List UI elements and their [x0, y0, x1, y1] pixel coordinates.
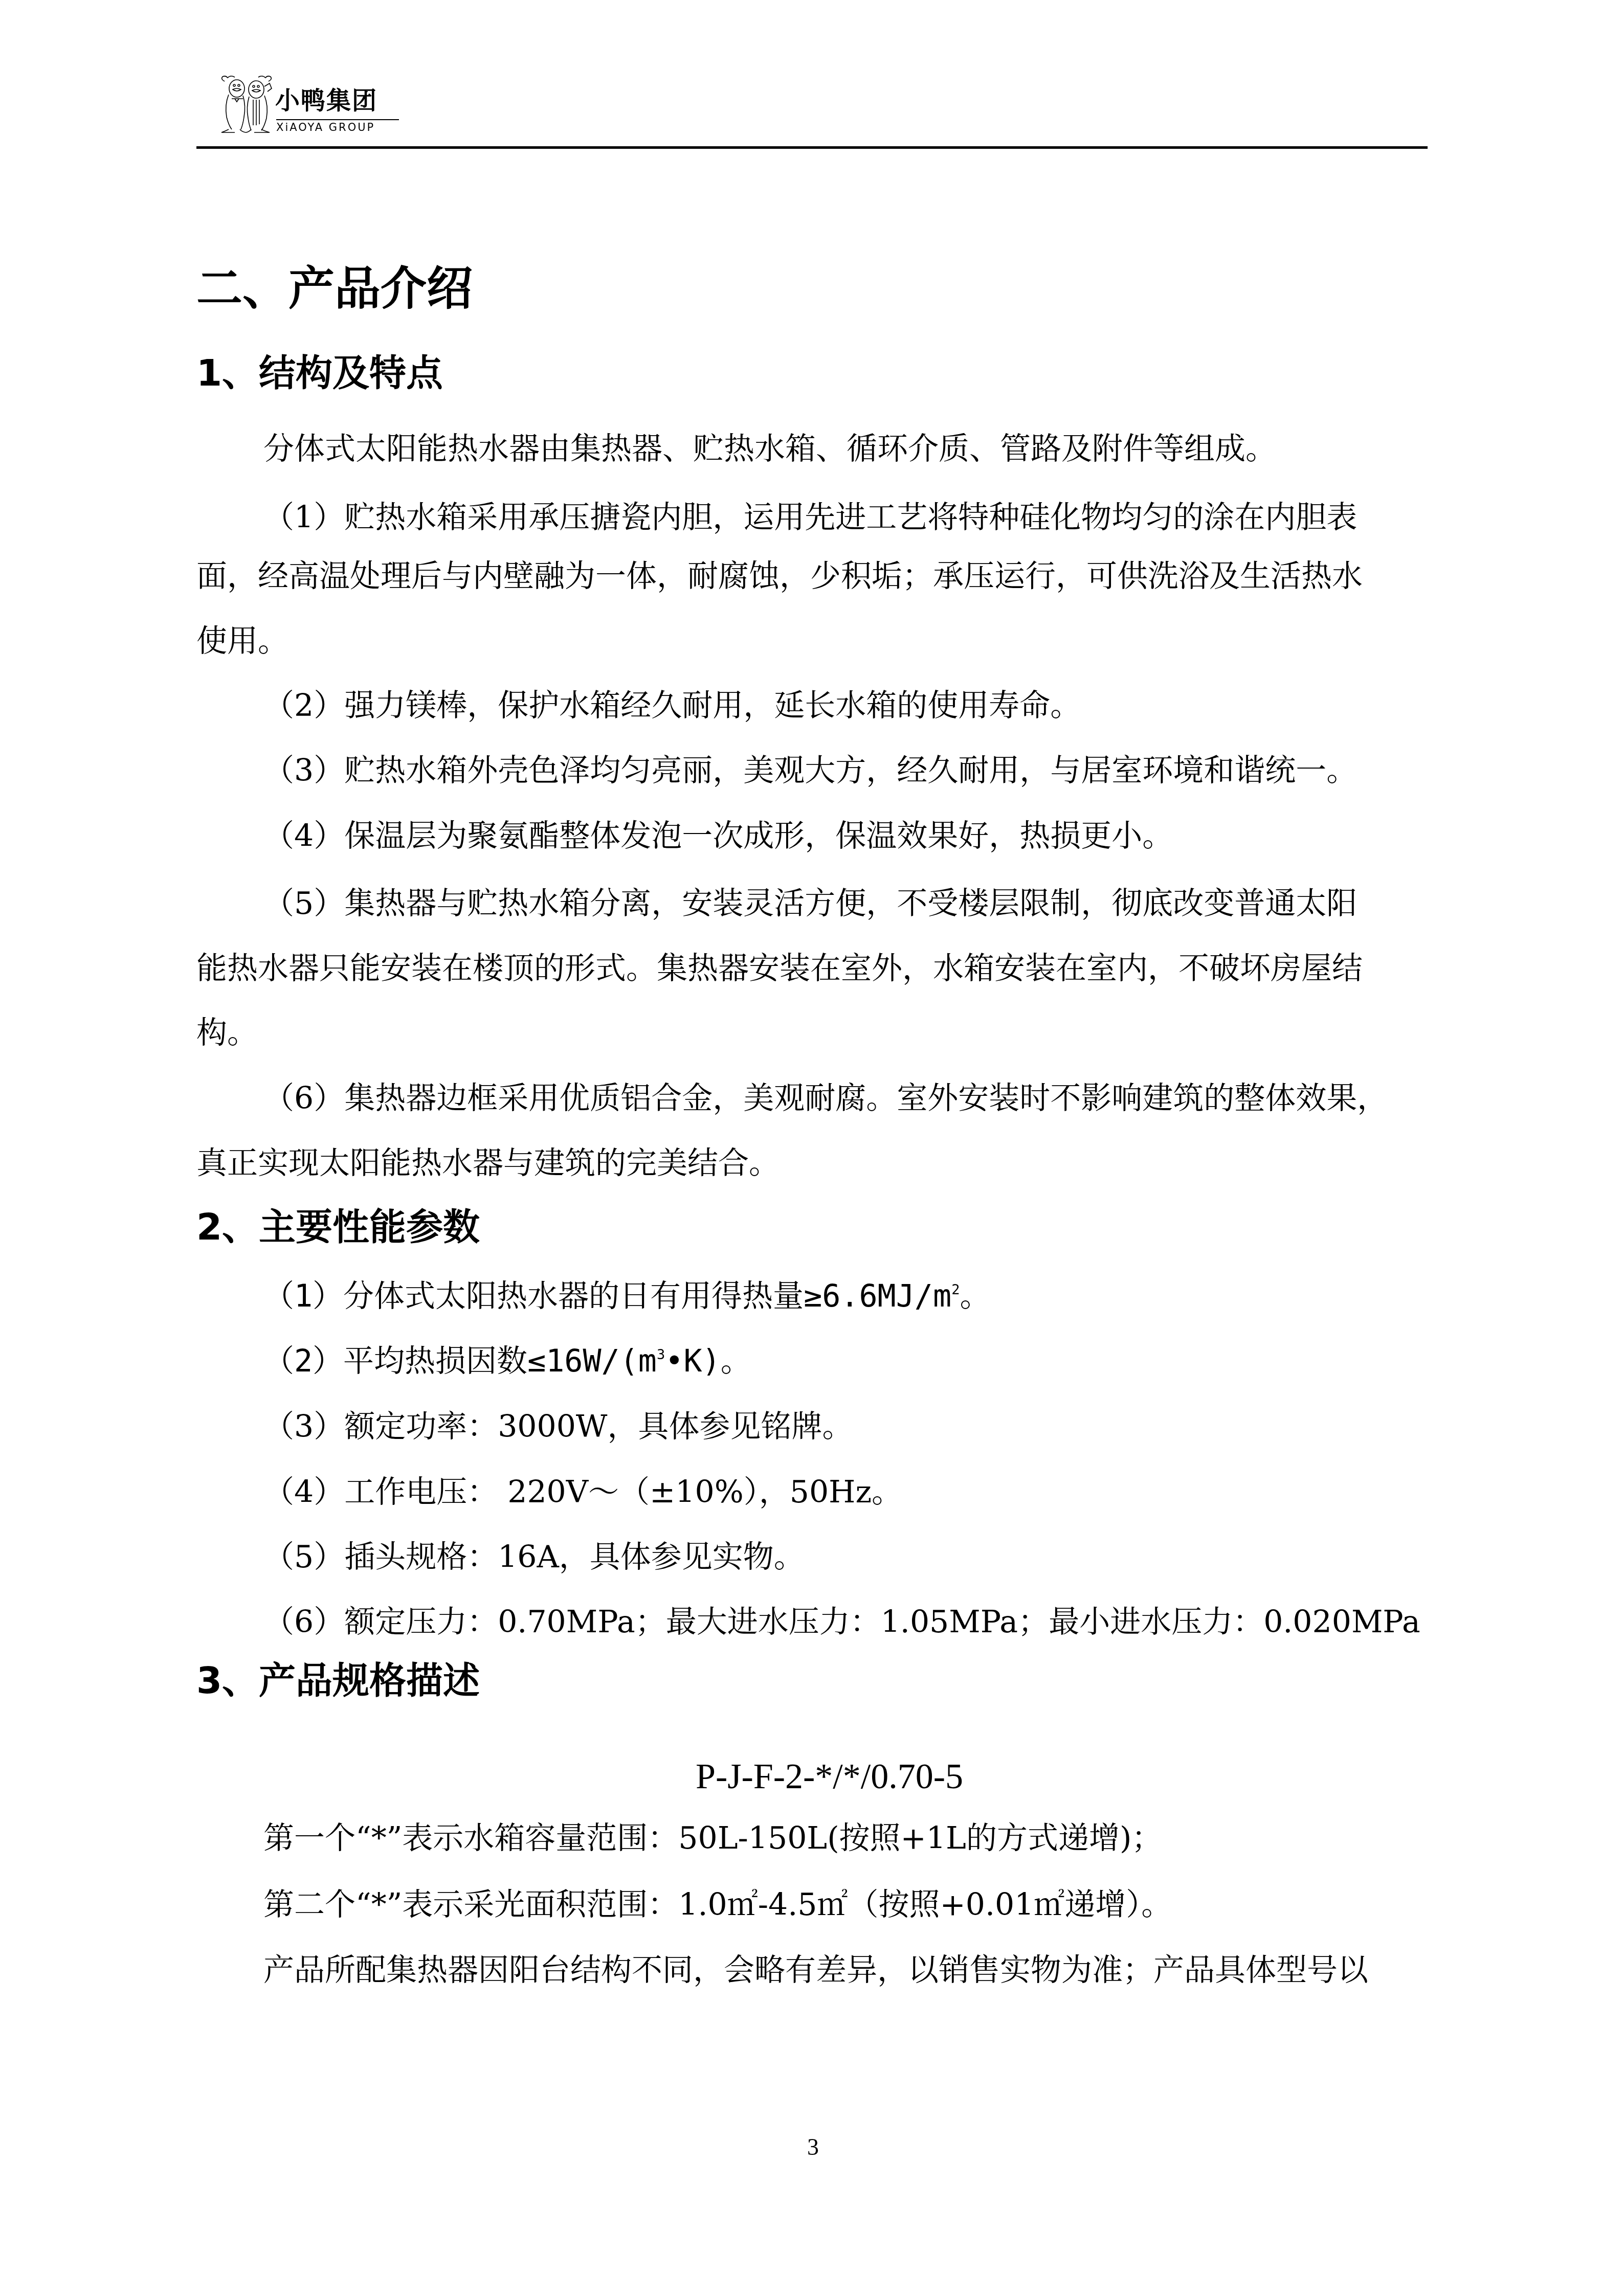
logo-divider — [276, 119, 399, 120]
model-code: P-J-F-2-*/*/0.70-5 — [696, 1759, 1624, 1795]
s1-item-1-line-3: 使用。 — [196, 626, 1434, 657]
s1-item-1-line-1: （1）贮热水箱采用承压搪瓷内胆，运用先进工艺将特种硅化物均匀的涂在内胆表 — [263, 502, 1501, 533]
s2-item-2-suffix: •K)。 — [665, 1343, 751, 1379]
s1-item-1-line-2: 面，经高温处理后与内壁融为一体，耐腐蚀，少积垢；承压运行，可供洗浴及生活热水 — [196, 561, 1434, 592]
duck-mascot-icon — [217, 74, 276, 134]
s1-item-6-line-2: 真正实现太阳能热水器与建筑的完美结合。 — [196, 1148, 1434, 1179]
s1-item-4: （4）保温层为聚氨酯整体发泡一次成形，保温效果好，热损更小。 — [263, 821, 1501, 851]
s1-item-5-line-1: （5）集热器与贮热水箱分离，安装灵活方便，不受楼层限制，彻底改变普通太阳 — [263, 888, 1501, 919]
s1-item-6-line-1: （6）集热器边框采用优质铝合金，美观耐腐。室外安装时不影响建筑的整体效果， — [263, 1083, 1501, 1114]
s2-item-4: （4）工作电压： 220V～（±10%），50Hz。 — [263, 1477, 1501, 1507]
s2-item-2-label: （2）平均热损因数≤ — [263, 1343, 546, 1379]
document-page: 小鸭集团 XiAOYA GROUP 二、产品介绍 1、结构及特点 分体式太阳能热… — [0, 0, 1624, 2296]
s2-item-1-sup: 2 — [951, 1282, 960, 1298]
s2-item-3: （3）额定功率：3000W，具体参见铭牌。 — [263, 1411, 1501, 1442]
s1-intro: 分体式太阳能热水器由集热器、贮热水箱、循环介质、管路及附件等组成。 — [263, 434, 1501, 464]
logo-chinese-text: 小鸭集团 — [275, 88, 377, 113]
header-rule — [196, 146, 1428, 149]
s2-item-2: （2）平均热损因数≤16W/(m3•K)。 — [263, 1346, 1501, 1377]
s2-item-1-value: 6.6MJ/m — [822, 1278, 951, 1314]
s1-item-5-line-2: 能热水器只能安装在楼顶的形式。集热器安装在室外，水箱安装在室内，不破坏房屋结 — [196, 953, 1434, 984]
s2-heading: 2、主要性能参数 — [196, 1208, 480, 1245]
s2-item-2-value: 16W/(m — [546, 1343, 657, 1379]
s2-item-5: （5）插头规格：16A，具体参见实物。 — [263, 1542, 1501, 1572]
s3-line-3: 产品所配集热器因阳台结构不同，会略有差异，以销售实物为准；产品具体型号以 — [263, 1955, 1501, 1986]
s2-item-1: （1）分体式太阳热水器的日有用得热量≥6.6MJ/m2。 — [263, 1281, 1501, 1312]
s3-line-1: 第一个“*”表示水箱容量范围：50L-150L(按照+1L的方式递增)； — [263, 1823, 1501, 1854]
s1-item-5-line-3: 构。 — [196, 1018, 1434, 1048]
section-title: 二、产品介绍 — [196, 266, 473, 312]
s2-item-1-suffix: 。 — [960, 1278, 990, 1314]
logo-english-text: XiAOYA GROUP — [276, 122, 375, 133]
s1-item-2: （2）强力镁棒，保护水箱经久耐用，延长水箱的使用寿命。 — [263, 690, 1501, 721]
company-logo: 小鸭集团 XiAOYA GROUP — [217, 74, 402, 136]
s3-line-2: 第二个“*”表示采光面积范围：1.0㎡-4.5㎡（按照+0.01㎡递增）。 — [263, 1889, 1501, 1920]
s2-item-1-label: （1）分体式太阳热水器的日有用得热量≥ — [263, 1278, 822, 1314]
s1-item-3: （3）贮热水箱外壳色泽均匀亮丽，美观大方，经久耐用，与居室环境和谐统一。 — [263, 755, 1501, 786]
page-number: 3 — [807, 2135, 819, 2159]
s2-item-6: （6）额定压力：0.70MPa；最大进水压力：1.05MPa；最小进水压力：0.… — [263, 1607, 1501, 1637]
s2-item-2-sup: 3 — [657, 1347, 665, 1363]
s1-heading: 1、结构及特点 — [196, 354, 443, 391]
s3-heading: 3、产品规格描述 — [196, 1662, 480, 1699]
